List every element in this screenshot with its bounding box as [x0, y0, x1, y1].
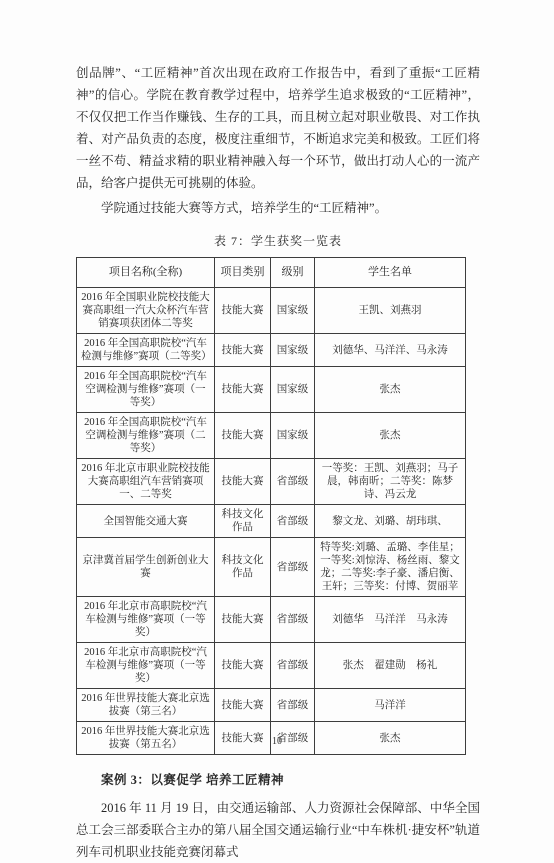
cell-level: 省部级: [271, 538, 315, 597]
cell-students: 张杰: [315, 413, 466, 459]
cell-project-type: 技能大赛: [215, 459, 271, 505]
table-row: 2016 年北京市高职院校“汽车检测与维修”赛项（一等奖） 技能大赛 省部级 刘…: [77, 597, 466, 643]
page-number: 10: [0, 736, 554, 747]
column-header-level: 级别: [271, 258, 315, 288]
paragraph-skill-competition: 学院通过技能大赛等方式，培养学生的“工匠精神”。: [76, 197, 480, 219]
cell-students: 王凯、刘燕羽: [315, 288, 466, 334]
cell-level: 国家级: [271, 413, 315, 459]
table-header-row: 项目名称(全称) 项目类别 级别 学生名单: [77, 258, 466, 288]
cell-project-name: 全国智能交通大赛: [77, 505, 215, 538]
cell-project-type: 技能大赛: [215, 643, 271, 689]
cell-students: 张杰: [315, 367, 466, 413]
cell-project-name: 2016 年北京市高职院校“汽车检测与维修”赛项（一等奖）: [77, 597, 215, 643]
cell-project-name: 2016 年世界技能大赛北京选拔赛（第三名）: [77, 689, 215, 722]
cell-students: 一等奖：王凯、刘燕羽；马子晨，韩南昕；二等奖：陈梦诗、冯云龙: [315, 459, 466, 505]
case-3-heading: 案例 3：以赛促学 培养工匠精神: [76, 770, 480, 788]
table-row: 2016 年北京市高职院校“汽车检测与维修”赛项（一等奖） 技能大赛 省部级 张…: [77, 643, 466, 689]
cell-project-type: 技能大赛: [215, 367, 271, 413]
column-header-students: 学生名单: [315, 258, 466, 288]
paragraph-craftsman-spirit: 创品牌”、“工匠精神”首次出现在政府工作报告中，看到了重振“工匠精神”的信心。学…: [76, 62, 480, 194]
student-awards-table: 项目名称(全称) 项目类别 级别 学生名单 2016 年全国职业院校技能大赛高职…: [76, 257, 466, 755]
table-row: 2016 年全国高职院校“汽车空调检测与维修”赛项（一等奖） 技能大赛 国家级 …: [77, 367, 466, 413]
column-header-project-type: 项目类别: [215, 258, 271, 288]
table-row: 2016 年北京市职业院校技能大赛高职组汽车营销赛项一、二等奖 技能大赛 省部级…: [77, 459, 466, 505]
cell-level: 国家级: [271, 334, 315, 367]
cell-level: 省部级: [271, 643, 315, 689]
table-row: 京津冀首届学生创新创业大赛 科技文化作品 省部级 特等奖:刘璐、孟璐、李佳星；一…: [77, 538, 466, 597]
cell-project-type: 科技文化作品: [215, 538, 271, 597]
cell-students: 张杰 翟建勋 杨礼: [315, 643, 466, 689]
table-caption: 表 7：学生获奖一览表: [76, 232, 480, 249]
table-row: 2016 年世界技能大赛北京选拔赛（第三名） 技能大赛 省部级 马洋洋: [77, 689, 466, 722]
cell-project-name: 2016 年全国高职院校“汽车空调检测与维修”赛项（一等奖）: [77, 367, 215, 413]
cell-project-name: 京津冀首届学生创新创业大赛: [77, 538, 215, 597]
cell-students: 刘德华、马洋洋、马永涛: [315, 334, 466, 367]
cell-level: 省部级: [271, 597, 315, 643]
cell-project-type: 技能大赛: [215, 689, 271, 722]
table-row: 2016 年全国职业院校技能大赛高职组一汽大众杯汽车营销赛项获团体二等奖 技能大…: [77, 288, 466, 334]
cell-project-type: 技能大赛: [215, 597, 271, 643]
table-row: 全国智能交通大赛 科技文化作品 省部级 黎文龙、刘璐、胡玮琪、: [77, 505, 466, 538]
cell-level: 国家级: [271, 367, 315, 413]
cell-project-type: 技能大赛: [215, 288, 271, 334]
cell-students: 特等奖:刘璐、孟璐、李佳星；一等奖:刘惊涛、杨丝雨、黎文龙；二等奖:李子豪、潘启…: [315, 538, 466, 597]
cell-project-type: 科技文化作品: [215, 505, 271, 538]
cell-project-name: 2016 年北京市职业院校技能大赛高职组汽车营销赛项一、二等奖: [77, 459, 215, 505]
cell-students: 黎文龙、刘璐、胡玮琪、: [315, 505, 466, 538]
cell-students: 马洋洋: [315, 689, 466, 722]
cell-project-name: 2016 年全国高职院校“汽车空调检测与维修”赛项（二等奖）: [77, 413, 215, 459]
cell-students: 刘德华 马洋洋 马永涛: [315, 597, 466, 643]
cell-level: 省部级: [271, 689, 315, 722]
paragraph-case-3-intro: 2016 年 11 月 19 日，由交通运输部、人力资源社会保障部、中华全国总工…: [76, 797, 480, 863]
cell-project-name: 2016 年全国职业院校技能大赛高职组一汽大众杯汽车营销赛项获团体二等奖: [77, 288, 215, 334]
cell-project-type: 技能大赛: [215, 413, 271, 459]
cell-level: 省部级: [271, 505, 315, 538]
cell-level: 国家级: [271, 288, 315, 334]
table-row: 2016 年全国高职院校“汽车检测与维修”赛项（二等奖） 技能大赛 国家级 刘德…: [77, 334, 466, 367]
cell-level: 省部级: [271, 459, 315, 505]
document-page: 创品牌”、“工匠精神”首次出现在政府工作报告中，看到了重振“工匠精神”的信心。学…: [0, 0, 554, 783]
cell-project-name: 2016 年北京市高职院校“汽车检测与维修”赛项（一等奖）: [77, 643, 215, 689]
cell-project-name: 2016 年全国高职院校“汽车检测与维修”赛项（二等奖）: [77, 334, 215, 367]
column-header-project-name: 项目名称(全称): [77, 258, 215, 288]
table-row: 2016 年全国高职院校“汽车空调检测与维修”赛项（二等奖） 技能大赛 国家级 …: [77, 413, 466, 459]
cell-project-type: 技能大赛: [215, 334, 271, 367]
